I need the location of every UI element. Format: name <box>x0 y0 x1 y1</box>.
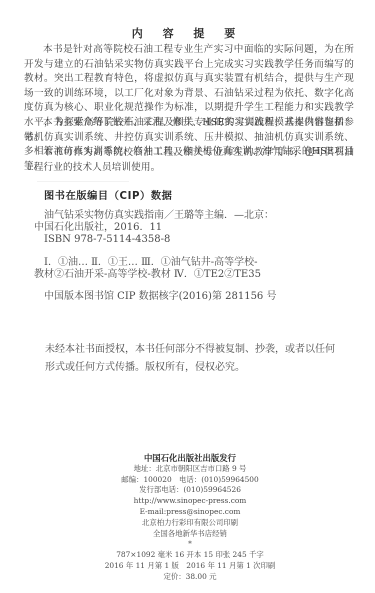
copyright-line-1: 未经本社书面授权，本书任何部分不得被复制、抄袭，或者以任何 <box>45 341 345 359</box>
cip-line-classification-2: 教材②石油开采-高等学校-教材 Ⅳ．①TE2②TE35 <box>34 269 334 281</box>
cip-data-block: 油气钻采实物仿真实践指南／王璐等主编．—北京： 中国石化出版社，2016．11 … <box>34 210 334 303</box>
publisher-website: http://www.sinopec-press.com <box>90 496 290 507</box>
publisher-distribution-phone: 发行部电话：(010)59964526 <box>90 485 290 496</box>
separator-asterisk: * <box>90 539 290 550</box>
divider <box>37 181 129 182</box>
publisher-address: 地址：北京市朝阳区吉市口路 9 号 <box>90 464 290 475</box>
summary-paragraph-3: 本书可作为高等院校石油工程及相关专业师生的教学用书，也可供石油工程行业的技术人员… <box>24 146 354 175</box>
publisher-info: 中国石化出版社出版发行 地址：北京市朝阳区吉市口路 9 号 邮编：100020 … <box>90 453 290 583</box>
summary-title: 内 容 提 要 <box>0 25 375 41</box>
publisher-email: E-mail:press@sinopec.com <box>90 507 290 518</box>
copyright-notice: 未经本社书面授权，本书任何部分不得被复制、抄袭，或者以任何 形式或任何方式传播。… <box>45 341 345 377</box>
printer: 北京柏力行彩印有限公司印刷 <box>90 518 290 529</box>
cip-line-verification: 中国版本图书馆 CIP 数据核字(2016)第 281156 号 <box>34 291 334 303</box>
edition-info: 2016 年 11 月第 1 版 2016 年 11 月第 1 次印刷 <box>90 561 290 572</box>
cip-line-classification-1: Ⅰ．①油… Ⅱ．①王… Ⅲ．①油气钻井-高等学校- <box>34 257 334 269</box>
publisher-name: 中国石化出版社出版发行 <box>90 453 290 464</box>
cip-line-isbn: ISBN 978-7-5114-4358-8 <box>34 234 334 246</box>
copyright-line-2: 形式或任何方式传播。版权所有，侵权必究。 <box>45 359 345 377</box>
cip-heading: 图书在版编目（CIP）数据 <box>44 187 172 202</box>
price: 定价：38.00 元 <box>90 572 290 583</box>
cip-line-title: 油气钻采实物仿真实践指南／王璐等主编．—北京： <box>34 210 334 222</box>
format-specs: 787×1092 毫米 16 开本 15 印张 245 千字 <box>90 550 290 561</box>
publisher-postcode-phone: 邮编：100020 电话：(010)59964500 <box>90 475 290 486</box>
cip-line-publisher: 中国石化出版社，2016．11 <box>34 222 334 234</box>
distributor: 全国各地新华书店经销 <box>90 529 290 540</box>
